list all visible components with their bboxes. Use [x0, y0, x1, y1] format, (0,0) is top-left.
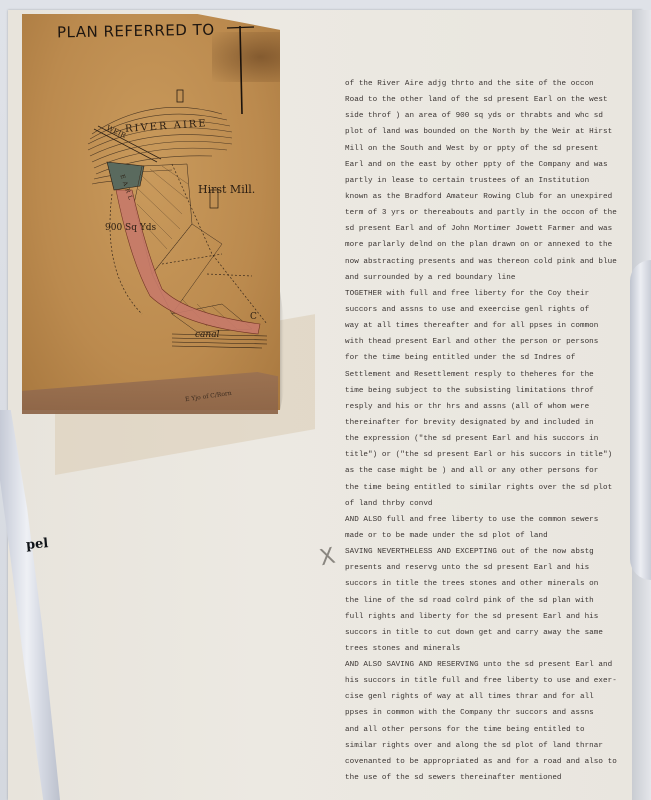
document-line: SAVING NEVERTHELESS AND EXCEPTING out of…: [345, 544, 645, 560]
document-line: cise genl rights of way at all times thr…: [345, 689, 645, 705]
document-line: Mill on the South and West by or ppty of…: [345, 141, 645, 157]
area-label: 900 Sq Yds: [105, 223, 156, 233]
document-line: resply and his or thr hrs and assns (all…: [345, 399, 645, 415]
document-line: succors in title the trees stones and ot…: [345, 576, 645, 592]
document-line: AND ALSO full and free liberty to use th…: [345, 512, 645, 528]
right-ribbon: [630, 260, 651, 580]
document-line: of land thrby convd: [345, 496, 645, 512]
document-line: ppses in common with the Company thr suc…: [345, 705, 645, 721]
document-line: succors in title to cut down get and car…: [345, 625, 645, 641]
document-line: sd present Earl and of John Mortimer Jow…: [345, 221, 645, 237]
document-line: title") or ("the sd present Earl or his …: [345, 447, 645, 463]
document-line: known as the Bradford Amateur Rowing Clu…: [345, 189, 645, 205]
document-line: time being subject to the subsisting lim…: [345, 383, 645, 399]
corner-label: C: [250, 312, 257, 322]
document-line: covenanted to be appropriated as and for…: [345, 754, 645, 770]
ribbon-label: pel: [25, 536, 49, 553]
map-title: PLAN REFERRED TO: [57, 21, 215, 42]
document-line: partly in lease to certain trustees of a…: [345, 173, 645, 189]
document-line: the line of the sd road colrd pink of th…: [345, 593, 645, 609]
document-line: Road to the other land of the sd present…: [345, 92, 645, 108]
document-line: made or to be made under the sd plot of …: [345, 528, 645, 544]
document-line: and all other persons for the time being…: [345, 722, 645, 738]
document-line: more parlarly delnd on the plan drawn on…: [345, 237, 645, 253]
document-line: AND ALSO SAVING AND RESERVING unto the s…: [345, 657, 645, 673]
document-line: similar rights over and along the sd plo…: [345, 738, 645, 754]
document-line: full rights and liberty for the sd prese…: [345, 609, 645, 625]
document-line: of the River Aire adjg thrto and the sit…: [345, 76, 645, 92]
document-line: the use of the sd sewers thereinafter me…: [345, 770, 645, 786]
document-line: way at all times thereafter and for all …: [345, 318, 645, 334]
document-line: thereinafter for brevity designated by a…: [345, 415, 645, 431]
document-line: trees stones and minerals: [345, 641, 645, 657]
document-line: as the case might be ) and all or any ot…: [345, 463, 645, 479]
document-line: presents and reservg unto the sd present…: [345, 560, 645, 576]
document-line: the expression ("the sd present Earl and…: [345, 431, 645, 447]
document-line: TOGETHER with full and free liberty for …: [345, 286, 645, 302]
document-line: now abstracting presents and was thereon…: [345, 254, 645, 270]
document-line: succors and assns to use and exeercise g…: [345, 302, 645, 318]
map-drawing: [22, 14, 292, 414]
document-line: term of 3 yrs or thereabouts and partly …: [345, 205, 645, 221]
document-text: of the River Aire adjg thrto and the sit…: [345, 76, 645, 786]
document-line: the time being entitled to similar right…: [345, 480, 645, 496]
canal-label: canal: [195, 330, 219, 340]
document-line: Settlement and Resettlement resply to th…: [345, 367, 645, 383]
document-line: plot of land was bounded on the North by…: [345, 124, 645, 140]
document-line: for the time being entitled under the sd…: [345, 350, 645, 366]
document-line: and surrounded by a red boundary line: [345, 270, 645, 286]
document-line: side throf ) an area of 900 sq yds or th…: [345, 108, 645, 124]
document-line: his succors in title full and free liber…: [345, 673, 645, 689]
document-line: Earl and on the east by other ppty of th…: [345, 157, 645, 173]
mill-label: Hirst Mill.: [198, 183, 255, 196]
document-line: with thead present Earl and other the pe…: [345, 334, 645, 350]
